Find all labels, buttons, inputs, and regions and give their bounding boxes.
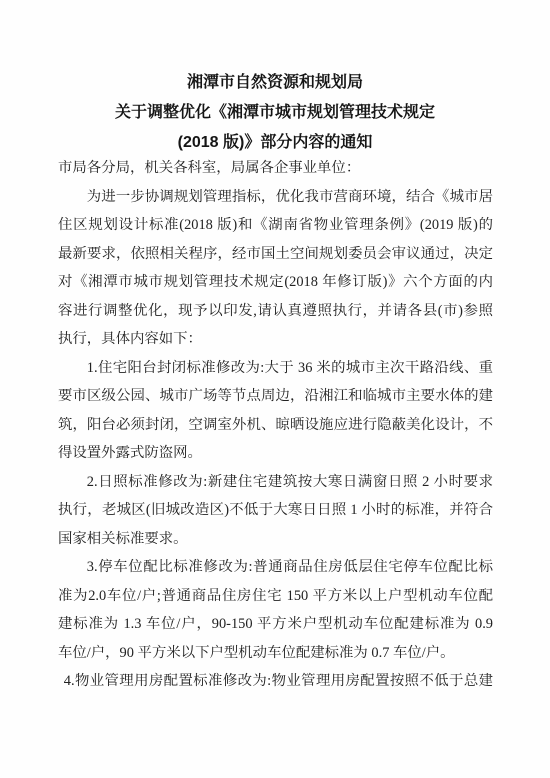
body-line: 车位/户，90 平方米以下户型机动车位配建标准为 0.7 车位/户。: [58, 639, 493, 668]
notice-body: 市局各分局，机关各科室，局属各企事业单位： 为进一步协调规划管理指标，优化我市营…: [0, 154, 550, 696]
item-2-line: 2.日照标准修改为:新建住宅建筑按大寒日满窗日照 2 小时要求: [58, 468, 493, 497]
body-line: 建标准为 1.3 车位/户，90-150 平方米户型机动车位配建标准为 0.9: [58, 610, 493, 639]
salutation-line: 市局各分局，机关各科室，局属各企事业单位：: [58, 154, 493, 183]
body-line: 对《湘潭市城市规划管理技术规定(2018 年修订版)》六个方面的内: [58, 268, 493, 297]
document-page: 湘潭市自然资源和规划局 关于调整优化《湘潭市城市规划管理技术规定 (2018 版…: [0, 0, 550, 778]
notice-title-block: 湘潭市自然资源和规划局 关于调整优化《湘潭市城市规划管理技术规定 (2018 版…: [0, 0, 550, 158]
body-line: 准为2.0车位/户;普通商品住房住宅 150 平方米以上户型机动车位配: [58, 582, 493, 611]
body-line: 执行，具体内容如下：: [58, 325, 493, 354]
body-line: 容进行调整优化，现予以印发,请认真遵照执行，并请各县(市)参照: [58, 297, 493, 326]
body-line: 筑，阳台必须封闭，空调室外机、晾晒设施应进行隐蔽美化设计，不: [58, 411, 493, 440]
item-1-line: 1.住宅阳台封闭标准修改为:大于 36 米的城市主次干路沿线、重: [58, 354, 493, 383]
item-3-line: 3.停车位配比标准修改为:普通商品住房低层住宅停车位配比标: [58, 553, 493, 582]
body-line: 得设置外露式防盗网。: [58, 439, 493, 468]
item-4-line: 4.物业管理用房配置标准修改为:物业管理用房配置按照不低于总建: [58, 667, 493, 696]
body-line: 为进一步协调规划管理指标，优化我市营商环境，结合《城市居: [58, 183, 493, 212]
body-line: 最新要求，依照相关程序，经市国土空间规划委员会审议通过，决定: [58, 240, 493, 269]
body-line: 国家相关标准要求。: [58, 525, 493, 554]
body-line: 执行，老城区(旧城改造区)不低于大寒日日照 1 小时的标准，并符合: [58, 496, 493, 525]
notice-title-line-1: 关于调整优化《湘潭市城市规划管理技术规定: [0, 98, 550, 128]
org-name: 湘潭市自然资源和规划局: [0, 68, 550, 98]
body-line: 要市区级公园、城市广场等节点周边，沿湘江和临城市主要水体的建: [58, 382, 493, 411]
body-line: 住区规划设计标准(2018 版)和《湖南省物业管理条例》(2019 版)的: [58, 211, 493, 240]
